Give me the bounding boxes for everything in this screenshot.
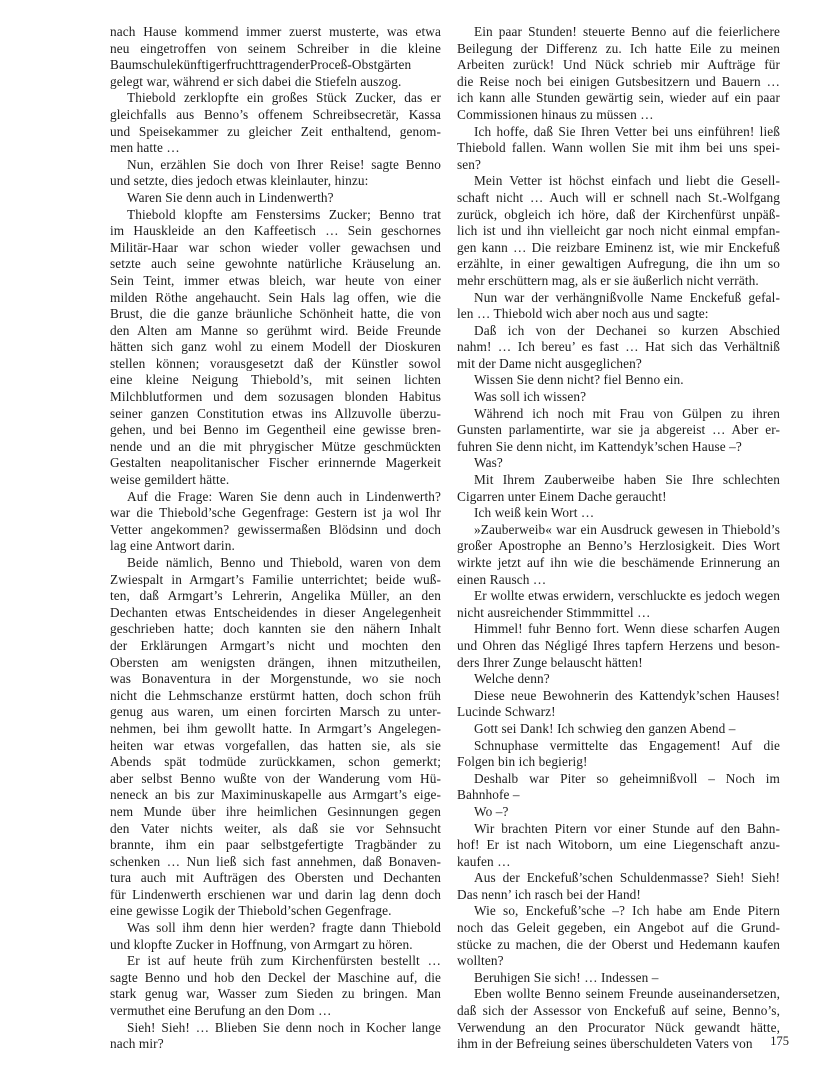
text-line: gen kann … Die reizbare Eminenz ist, wie…	[457, 240, 780, 257]
paragraph: Thiebold zerklopfte ein großes Stück Zuc…	[110, 90, 441, 156]
text-line: für Lindenwerth erschienen war und darin…	[110, 887, 441, 904]
text-line: Abends spät todmüde zurückkamen, schon g…	[110, 754, 441, 771]
text-line: weise gemildert hätte.	[110, 472, 441, 489]
text-line: mehr erschüttern mag, als er sie äußerli…	[457, 273, 780, 290]
text-line: Er ist auf heute früh zum Kirchenfürsten…	[110, 953, 441, 970]
text-line: Waren Sie denn auch in Lindenwerth?	[110, 190, 441, 207]
text-line: kaufen …	[457, 854, 780, 871]
paragraph: Was soll ihm denn hier werden? fragte da…	[110, 920, 441, 953]
paragraph: Nun war der verhängnißvolle Name Enckefu…	[457, 290, 780, 323]
text-line: und Speisekammer zu gleicher Zeit enthal…	[110, 124, 441, 141]
paragraph: Daß ich von der Dechanei so kurzen Absch…	[457, 323, 780, 373]
text-line: stark genug war, Wasser zum Sieden zu br…	[110, 986, 441, 1003]
text-line: lich ist und ihn vielleicht gar noch nic…	[457, 223, 780, 240]
text-line: Gestalten neapolitanischer Fischer erinn…	[110, 455, 441, 472]
right-column: Ein paar Stunden! steuerte Benno auf die…	[457, 24, 780, 1053]
text-line: nende und an die mit phrygischer Mütze g…	[110, 439, 441, 456]
paragraph: Ich weiß kein Wort …	[457, 505, 780, 522]
paragraph: »Zauberweib« war ein Ausdruck gewesen in…	[457, 522, 780, 588]
text-line: Welche denn?	[457, 671, 780, 688]
paragraph: Er wollte etwas erwidern, verschluckte e…	[457, 588, 780, 621]
text-line: wirkte jetzt auf ihn wie die beschämende…	[457, 555, 780, 572]
paragraph: Ein paar Stunden! steuerte Benno auf die…	[457, 24, 780, 124]
text-line: Auf die Frage: Waren Sie denn auch in Li…	[110, 489, 441, 506]
text-line: schaft nicht … Auch will er schnell nach…	[457, 190, 780, 207]
text-line: Was soll ihm denn hier werden? fragte da…	[110, 920, 441, 937]
text-line: Das nenn’ ich rasch bei der Hand!	[457, 887, 780, 904]
paragraph: Aus der Enckefuß’schen Schuldenmasse? Si…	[457, 870, 780, 903]
text-line: Eben wollte Benno seinem Freunde auseina…	[457, 986, 780, 1003]
text-line: war die Thiebold’sche Gegenfrage: Gester…	[110, 505, 441, 522]
text-line: genug aus waren, um einen forcirten Mars…	[110, 704, 441, 721]
text-line: brannte, ihm ein paar selbstgefertigte T…	[110, 837, 441, 854]
text-line: nach mir?	[110, 1036, 441, 1053]
text-line: gleichfalls aus Benno’s offenem Schreibs…	[110, 107, 441, 124]
text-line: Schnuphase vermittelte das Engagement! A…	[457, 738, 780, 755]
paragraph: Was?	[457, 455, 780, 472]
text-line: Ich weiß kein Wort …	[457, 505, 780, 522]
text-line: hof! Er ist nach Witoborn, um eine Liege…	[457, 837, 780, 854]
text-line: Gott sei Dank! Ich schwieg den ganzen Ab…	[457, 721, 780, 738]
text-line: gelegt war, während er sich dabei die St…	[110, 74, 441, 91]
paragraph: Himmel! fuhr Benno fort. Wenn diese scha…	[457, 621, 780, 671]
text-line: setzte auch seine gewohnte natürliche Kr…	[110, 256, 441, 273]
text-line: stücke zu machen, die der Oberst und Hed…	[457, 937, 780, 954]
text-line: sagte Benno und hob den Deckel der Masch…	[110, 970, 441, 987]
text-line: neu eingetroffen von seinem Schreiber in…	[110, 41, 441, 58]
text-line: mit der Dame nicht ausgeglichen?	[457, 356, 780, 373]
text-line: ders Ihrer Zunge belauscht hätten!	[457, 655, 780, 672]
text-line: Beide nämlich, Benno und Thiebold, waren…	[110, 555, 441, 572]
paragraph: Wir brachten Pitern vor einer Stunde auf…	[457, 821, 780, 871]
text-line: eine kleine Neigung Thiebold’s, mit sein…	[110, 372, 441, 389]
text-line: geschrieben hatte; doch kannten sie den …	[110, 621, 441, 638]
text-line: Cigarren unter Einem Dache geraucht!	[457, 489, 780, 506]
text-line: Folgen bin ich begierig!	[457, 754, 780, 771]
text-line: Beruhigen Sie sich! … Indessen –	[457, 970, 780, 987]
text-line: men hatte …	[110, 140, 441, 157]
paragraph: Waren Sie denn auch in Lindenwerth?	[110, 190, 441, 207]
text-line: und klopfte Zucker in Hoffnung, von Armg…	[110, 937, 441, 954]
text-line: Wir brachten Pitern vor einer Stunde auf…	[457, 821, 780, 838]
text-line: Obersten am wenigsten drängen, ihnen mit…	[110, 655, 441, 672]
text-line: BaumschulekünftigerfruchttragenderProceß…	[110, 57, 441, 74]
text-line: Mein Vetter ist höchst einfach und liebt…	[457, 173, 780, 190]
paragraph: Während ich noch mit Frau von Gülpen zu …	[457, 406, 780, 456]
text-line: Zwiespalt in Armgart’s Familie unterrich…	[110, 572, 441, 589]
paragraph: Ich hoffe, daß Sie Ihren Vetter bei uns …	[457, 124, 780, 174]
paragraph: Was soll ich wissen?	[457, 389, 780, 406]
text-line: der Erklärungen Armgart’s nicht und moch…	[110, 638, 441, 655]
text-line: Beilegung der Differenz zu. Ich hatte Ei…	[457, 41, 780, 58]
text-line: Thiebold zerklopfte ein großes Stück Zuc…	[110, 90, 441, 107]
paragraph: Wie so, Enckefuß’sche –? Ich habe am End…	[457, 903, 780, 969]
text-line: nicht ausreichender Stimmmittel …	[457, 605, 780, 622]
text-line: Nun war der verhängnißvolle Name Enckefu…	[457, 290, 780, 307]
paragraph: Beruhigen Sie sich! … Indessen –	[457, 970, 780, 987]
text-line: daß sich der Assessor von Enckefuß auf s…	[457, 1003, 780, 1020]
text-line: die Reise noch bei einigen Gutsbesitzern…	[457, 74, 780, 91]
text-line: Arbeiten zurück! Und Nück schrieb mir Au…	[457, 57, 780, 74]
text-line: vermuthet eine Berufung an den Dom …	[110, 1003, 441, 1020]
text-line: nahm! … Ich bereu’ es fast … Hat sich da…	[457, 339, 780, 356]
text-line: Nun, erzählen Sie doch von Ihrer Reise! …	[110, 157, 441, 174]
text-line: zurück, obgleich ich höre, daß der Kirch…	[457, 207, 780, 224]
text-line: Was soll ich wissen?	[457, 389, 780, 406]
text-line: Mit Ihrem Zauberweibe haben Sie Ihre sch…	[457, 472, 780, 489]
paragraph: Wissen Sie denn nicht? fiel Benno ein.	[457, 372, 780, 389]
text-line: erzählte, in einer gewaltigen Aufregung,…	[457, 256, 780, 273]
text-line: ich kann alle Stunden gewärtig sein, wie…	[457, 90, 780, 107]
paragraph: Er ist auf heute früh zum Kirchenfürsten…	[110, 953, 441, 1019]
text-line: Sieh! Sieh! … Blieben Sie denn noch in K…	[110, 1020, 441, 1037]
paragraph: Schnuphase vermittelte das Engagement! A…	[457, 738, 780, 771]
text-line: Thiebold klopfte am Fenstersims Zucker; …	[110, 207, 441, 224]
text-columns: nach Hause kommend immer zuerst musterte…	[110, 24, 780, 1053]
text-line: wollten?	[457, 953, 780, 970]
text-line: Während ich noch mit Frau von Gülpen zu …	[457, 406, 780, 423]
paragraph: Deshalb war Piter so geheimnißvoll – Noc…	[457, 771, 780, 804]
left-column: nach Hause kommend immer zuerst musterte…	[110, 24, 441, 1053]
text-line: hätten sich ganz wohl zu einem Modell de…	[110, 339, 441, 356]
text-line: stellen können; vorausgesetzt daß der Kü…	[110, 356, 441, 373]
text-line: Diese neue Bewohnerin des Kattendyk’sche…	[457, 688, 780, 705]
text-line: Bahnhofe –	[457, 787, 780, 804]
text-line: fuhren Sie denn nicht, im Kattendyk’sche…	[457, 439, 780, 456]
text-line: und Ohren das Négligé Ihres tapfern Herz…	[457, 638, 780, 655]
text-line: sen?	[457, 157, 780, 174]
text-line: noch das Geleit gegeben, ein Angebot auf…	[457, 920, 780, 937]
text-line: Daß ich von der Dechanei so kurzen Absch…	[457, 323, 780, 340]
text-line: Wissen Sie denn nicht? fiel Benno ein.	[457, 372, 780, 389]
text-line: Deshalb war Piter so geheimnißvoll – Noc…	[457, 771, 780, 788]
text-line: großer Apostrophe an Benno’s Herzlosigke…	[457, 538, 780, 555]
book-page: nach Hause kommend immer zuerst musterte…	[0, 0, 819, 1065]
text-line: Lucinde Schwarz!	[457, 704, 780, 721]
page-number: 175	[770, 1033, 789, 1049]
text-line: seiner ganzen Constitution etwas ins All…	[110, 406, 441, 423]
text-line: schenken … Nun ließ sich fast annehmen, …	[110, 854, 441, 871]
text-line: Brust, die die ganze bräunliche Schönhei…	[110, 306, 441, 323]
paragraph: Wo –?	[457, 804, 780, 821]
text-line: nem Munde über ihre heimlichen Gesinnung…	[110, 804, 441, 821]
text-line: gehen, und bei Benno im Gegentheil eine …	[110, 422, 441, 439]
text-line: was Bonaventura in der Morgenstunde, wo …	[110, 671, 441, 688]
text-line: Was?	[457, 455, 780, 472]
text-line: und setzte, dies jedoch etwas kleinlaute…	[110, 173, 441, 190]
paragraph: Mit Ihrem Zauberweibe haben Sie Ihre sch…	[457, 472, 780, 505]
text-line: len … Thiebold wich aber noch aus und sa…	[457, 306, 780, 323]
text-line: im Hauskleide an den Kaffeetisch … Sein …	[110, 223, 441, 240]
paragraph: Mein Vetter ist höchst einfach und liebt…	[457, 173, 780, 289]
text-line: ihm in der Befreiung seines überschuldet…	[457, 1036, 780, 1053]
text-line: Wie so, Enckefuß’sche –? Ich habe am End…	[457, 903, 780, 920]
paragraph: Diese neue Bewohnerin des Kattendyk’sche…	[457, 688, 780, 721]
paragraph: Nun, erzählen Sie doch von Ihrer Reise! …	[110, 157, 441, 190]
paragraph: Gott sei Dank! Ich schwieg den ganzen Ab…	[457, 721, 780, 738]
text-line: eine gewisse Logik der Thiebold’schen Ge…	[110, 903, 441, 920]
text-line: tura auch mit Aufträgen des Obersten und…	[110, 870, 441, 887]
text-line: Gunsten parlamentirte, war sie ja abgere…	[457, 422, 780, 439]
text-line: »Zauberweib« war ein Ausdruck gewesen in…	[457, 522, 780, 539]
text-line: den Alten am Manne so gerühmt wird. Beid…	[110, 323, 441, 340]
paragraph: Welche denn?	[457, 671, 780, 688]
text-line: milden Röthe angehaucht. Sein Hals lag o…	[110, 290, 441, 307]
text-line: Aus der Enckefuß’schen Schuldenmasse? Si…	[457, 870, 780, 887]
text-line: Sein Teint, immer etwas bleich, war heut…	[110, 273, 441, 290]
text-line: Commissionen hinaus zu müssen …	[457, 107, 780, 124]
paragraph: Auf die Frage: Waren Sie denn auch in Li…	[110, 489, 441, 555]
text-line: aber selbst Benno wußte von der Wanderun…	[110, 771, 441, 788]
text-line: nehmen, bei ihm gewollt hatte. In Armgar…	[110, 721, 441, 738]
paragraph: Thiebold klopfte am Fenstersims Zucker; …	[110, 207, 441, 489]
text-line: Ich hoffe, daß Sie Ihren Vetter bei uns …	[457, 124, 780, 141]
text-line: Verwendung an den Procurator Nück gewand…	[457, 1020, 780, 1037]
text-line: nach Hause kommend immer zuerst musterte…	[110, 24, 441, 41]
text-line: den Vater nichts weiter, als daß sie vor…	[110, 821, 441, 838]
text-line: Wo –?	[457, 804, 780, 821]
text-line: Dechanten etwas Entscheidendes in dieser…	[110, 605, 441, 622]
text-line: Ein paar Stunden! steuerte Benno auf die…	[457, 24, 780, 41]
paragraph: Beide nämlich, Benno und Thiebold, waren…	[110, 555, 441, 920]
text-line: nicht die Lehmschanze erstürmt hatten, d…	[110, 688, 441, 705]
text-line: heiten war etwas vorgefallen, das hatten…	[110, 738, 441, 755]
text-line: lag eine Antwort darin.	[110, 538, 441, 555]
text-line: einen Rausch …	[457, 572, 780, 589]
text-line: Thiebold fallen. Wann wollen Sie mit ihm…	[457, 140, 780, 157]
text-line: Himmel! fuhr Benno fort. Wenn diese scha…	[457, 621, 780, 638]
text-line: Milchblutformen und dem sozusagen blonde…	[110, 389, 441, 406]
text-line: neneck an bis zur Maximinuskapelle aus A…	[110, 787, 441, 804]
paragraph: Sieh! Sieh! … Blieben Sie denn noch in K…	[110, 1020, 441, 1053]
text-line: Vetter angekommen? gewissermaßen Blödsin…	[110, 522, 441, 539]
text-line: Er wollte etwas erwidern, verschluckte e…	[457, 588, 780, 605]
text-line: Militär-Haar war schon wieder voller gew…	[110, 240, 441, 257]
paragraph: nach Hause kommend immer zuerst musterte…	[110, 24, 441, 90]
paragraph: Eben wollte Benno seinem Freunde auseina…	[457, 986, 780, 1052]
text-line: ten, daß Armgart’s Lehrerin, Angelika Mü…	[110, 588, 441, 605]
